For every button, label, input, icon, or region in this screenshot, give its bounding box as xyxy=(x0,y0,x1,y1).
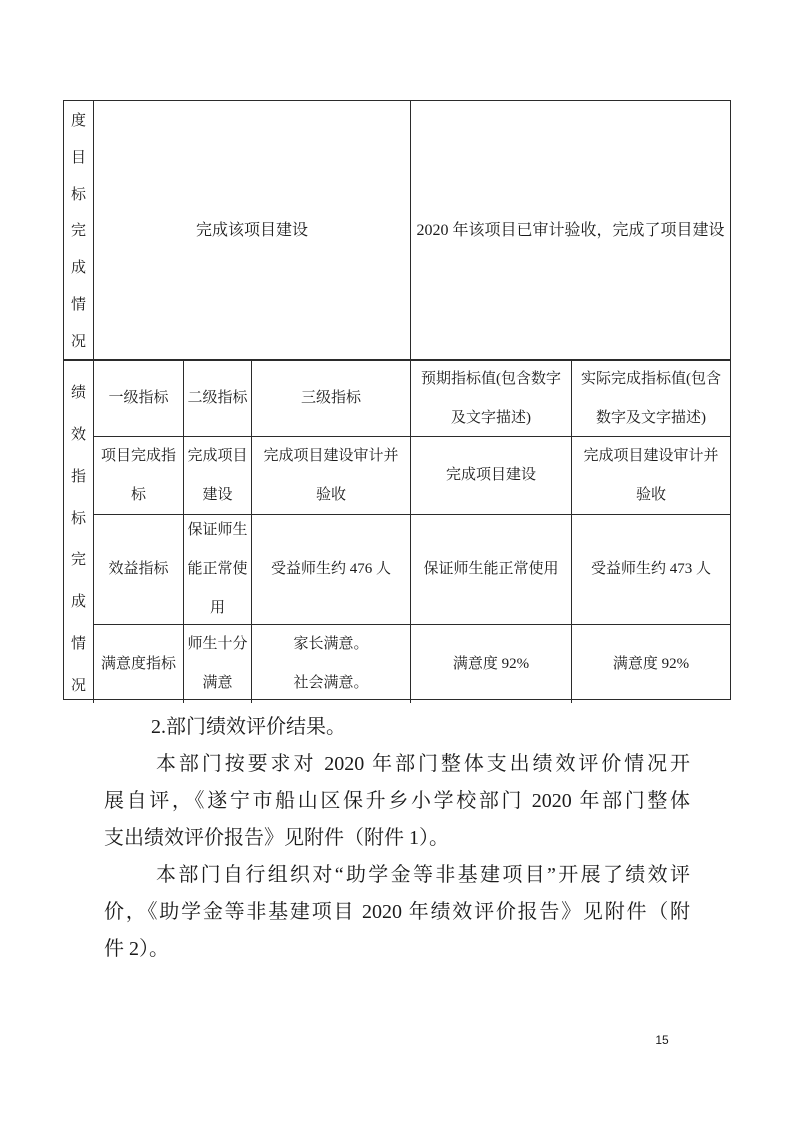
section-heading: 2.部门绩效评价结果。 xyxy=(104,709,690,746)
side-label-char: 况 xyxy=(71,330,86,351)
cell-text: 完成项目建设审计并 xyxy=(583,437,718,476)
row-benefit-level1: 效益指标 xyxy=(93,514,183,624)
cell-text: 建设 xyxy=(202,476,232,515)
cell-text: 社会满意。 xyxy=(293,664,368,703)
cell-text: 满意度指标 xyxy=(101,645,176,684)
row-benefit-expected: 保证师生能正常使用 xyxy=(410,514,571,624)
header-level1-indicator: 一级指标 xyxy=(93,361,183,436)
page-number: 15 xyxy=(640,1033,684,1047)
row-completion-expected: 完成项目建设 xyxy=(410,436,571,514)
cell-text: 用 xyxy=(210,589,225,628)
header-actual-value: 实际完成指标值(包含 数字及文字描述) xyxy=(571,361,730,436)
cell-text: 及文字描述) xyxy=(451,399,531,438)
cell-text: 完成该项目建设 xyxy=(196,211,308,250)
side-label-char: 成 xyxy=(71,256,86,277)
cell-text: 三级指标 xyxy=(301,379,361,418)
body-text: 2.部门绩效评价结果。 本部门按要求对 2020 年部门整体支出绩效评价情况开 … xyxy=(104,709,690,968)
row-satisfaction-expected: 满意度 92% xyxy=(410,624,571,703)
cell-text: 受益师生约 473 人 xyxy=(591,550,711,589)
cell-text: 验收 xyxy=(316,476,346,515)
goal-actual-cell: 2020 年该项目已审计验收，完成了项目建设 xyxy=(410,101,730,359)
side-label-char: 指 xyxy=(71,465,86,486)
cell-text: 受益师生约 476 人 xyxy=(271,550,391,589)
row-completion-actual: 完成项目建设审计并 验收 xyxy=(571,436,730,514)
side-label-char: 标 xyxy=(71,183,86,204)
row-satisfaction-level3: 家长满意。 社会满意。 xyxy=(251,624,410,703)
annual-goal-table: 度 目 标 完 成 情 况 完成该项目建设 2020 年该项目已审计验收，完成了… xyxy=(63,100,731,360)
cell-text: 一级指标 xyxy=(108,379,168,418)
cell-text: 能正常使 xyxy=(187,550,247,589)
perf-table-side-label: 绩 效 指 标 完 成 情 况 xyxy=(64,361,93,703)
cell-text: 师生十分 xyxy=(187,625,247,664)
paragraph-line: 支出绩效评价报告》见附件（附件 1）。 xyxy=(104,820,690,857)
side-label-char: 完 xyxy=(71,548,86,569)
side-label-char: 标 xyxy=(71,507,86,528)
cell-text: 项目完成指 xyxy=(101,437,176,476)
cell-text: 标 xyxy=(131,476,146,515)
row-completion-level1: 项目完成指 标 xyxy=(93,436,183,514)
side-label-char: 况 xyxy=(71,674,86,695)
header-level3-indicator: 三级指标 xyxy=(251,361,410,436)
side-label-char: 情 xyxy=(71,293,86,314)
row-benefit-level3: 受益师生约 476 人 xyxy=(251,514,410,624)
cell-text: 验收 xyxy=(636,476,666,515)
row-satisfaction-level2: 师生十分 满意 xyxy=(183,624,251,703)
paragraph-line: 本部门按要求对 2020 年部门整体支出绩效评价情况开 xyxy=(104,746,690,783)
row-benefit-level2: 保证师生 能正常使 用 xyxy=(183,514,251,624)
row-completion-level3: 完成项目建设审计并 验收 xyxy=(251,436,410,514)
header-level2-indicator: 二级指标 xyxy=(183,361,251,436)
cell-text: 数字及文字描述) xyxy=(596,399,706,438)
cell-text: 效益指标 xyxy=(108,550,168,589)
side-label-char: 绩 xyxy=(71,381,86,402)
cell-text: 完成项目 xyxy=(187,437,247,476)
goal-planned-cell: 完成该项目建设 xyxy=(93,101,410,359)
side-label-char: 情 xyxy=(71,632,86,653)
cell-text: 家长满意。 xyxy=(293,625,368,664)
cell-text: 完成项目建设审计并 xyxy=(263,437,398,476)
cell-text: 预期指标值(包含数字 xyxy=(421,360,561,399)
side-label-char: 成 xyxy=(71,590,86,611)
row-satisfaction-actual: 满意度 92% xyxy=(571,624,730,703)
cell-text: 实际完成指标值(包含 xyxy=(581,360,721,399)
performance-indicator-table: 绩 效 指 标 完 成 情 况 一级指标 二级指标 三级指标 预期指标值(包含数… xyxy=(63,360,731,700)
side-label-char: 度 xyxy=(71,109,86,130)
goal-table-side-label: 度 目 标 完 成 情 况 xyxy=(64,101,93,359)
cell-text: 二级指标 xyxy=(187,379,247,418)
side-label-char: 目 xyxy=(71,146,86,167)
paragraph-line: 展自评，《遂宁市船山区保升乡小学校部门 2020 年部门整体 xyxy=(104,783,690,820)
cell-text: 满意度 92% xyxy=(453,645,529,684)
paragraph-line: 本部门自行组织对“助学金等非基建项目”开展了绩效评 xyxy=(104,857,690,894)
cell-text: 完成项目建设 xyxy=(446,456,536,495)
cell-text: 满意 xyxy=(202,664,232,703)
row-satisfaction-level1: 满意度指标 xyxy=(93,624,183,703)
cell-text: 2020 年该项目已审计验收，完成了项目建设 xyxy=(416,211,724,250)
side-label-char: 效 xyxy=(71,423,86,444)
row-completion-level2: 完成项目 建设 xyxy=(183,436,251,514)
cell-text: 保证师生 xyxy=(187,511,247,550)
paragraph-line: 价，《助学金等非基建项目 2020 年绩效评价报告》见附件（附 xyxy=(104,894,690,931)
document-page: 度 目 标 完 成 情 况 完成该项目建设 2020 年该项目已审计验收，完成了… xyxy=(0,0,793,1122)
cell-text: 满意度 92% xyxy=(613,645,689,684)
row-benefit-actual: 受益师生约 473 人 xyxy=(571,514,730,624)
side-label-char: 完 xyxy=(71,219,86,240)
paragraph-line: 件 2）。 xyxy=(104,931,690,968)
header-expected-value: 预期指标值(包含数字 及文字描述) xyxy=(410,361,571,436)
cell-text: 保证师生能正常使用 xyxy=(423,550,558,589)
